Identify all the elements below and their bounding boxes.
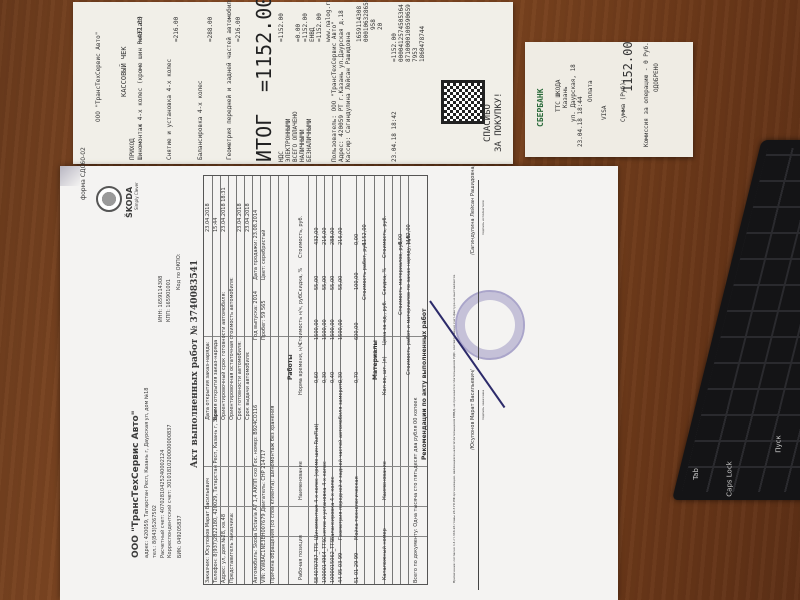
work-name-3: Балансировка 4-х колес [330,476,336,540]
materials-title: Материалы [372,340,379,380]
materials-header-price: Цена за ед., руб. [382,301,388,345]
payment-line-3: ВСЕГО ОПЛАЧЕНО [292,111,299,162]
payment-value-1: =1152.00 [278,13,285,42]
receipt-type: ПРИХОД [129,138,136,160]
materials-total-label: Стоимость материалов, руб. [398,240,404,315]
act-customer-phone: Телефон: 8(937)2822180, 420029, Татарста… [213,410,219,583]
order-field-label-2: Время открытия заказ-наряда [213,340,219,420]
receipt-seller: Пользователь: ООО "ТрансТехСервис Авто" [331,21,338,162]
materials-header-qty: Кол-во, шт. (л) [382,356,388,395]
work-rate-5: 600,00 [354,323,360,341]
materials-total: 0,00 [398,234,404,245]
payment-value-4: ЕНВД [309,28,316,42]
fn-value-4: 7953 [412,48,419,62]
work-cost-1: 432,00 [314,228,320,246]
act-sale-date: Дата продажи: 23.08.2014 [253,210,259,280]
work-cost-5: 0,00 [354,234,360,245]
act-okpo: Код по ОКПО: [176,254,182,290]
act-vin: VIN: XW8AC1NE3EH007679 Двигатель: CHP 21… [261,450,267,583]
fiscal-receipt: ООО "ТрансТехСервис Авто" КАССОВЫЙ ЧЕК П… [73,2,513,164]
act-phone: тел.: 8(843)5267502 [152,505,158,558]
payment-line-2: ЭЛЕКТРОННЫМИ [285,119,292,162]
work-code-3: 1000015062_TTS [330,539,336,583]
receipt-datetime: 23.04.18 18:42 [391,111,398,162]
act-vehicle: Автомобиль: Skoda Octavia A7 1,4 АКПП ск… [253,405,259,583]
act-form: форма СД060-02 [80,147,87,200]
bank-card: VISA [601,106,608,120]
work-discount-2: 55,00 [322,276,328,290]
work-rate-1: 1600,00 [314,319,320,340]
receipt-address: Адрес: 420059 РТ г.Казань ул.Даурская д.… [338,10,345,162]
receipt-item-3: Балансировка 4-х колес [197,81,204,160]
work-norm-2: 0,30 [322,372,328,383]
key-start: Пуск [775,435,783,452]
key-tab: Tab [692,468,700,480]
key-caps-lock: Caps Lock [726,461,734,496]
act-year: Год выпуска: 2014 [253,291,259,340]
fn-value-5: 1860478744 [419,26,426,62]
receipt-thanks-1: СПАСИБО [483,104,493,142]
work-cost-2: 216,00 [322,228,328,246]
payment-line-1: НДС [278,151,285,162]
act-brand-sub: Simply Clever [134,182,139,210]
grand-total-label: Стоимость работ и материалов по заказ-на… [406,233,412,375]
works-header-cost: Стоимость, руб. [298,216,304,258]
fn-value-1: =1152.00 [391,33,398,62]
works-total: 1152,00 [362,224,368,245]
work-norm-5: 0,70 [354,372,360,383]
act-account: Расчетный счет: 40702810425240002124 [160,450,166,558]
payment-value-3: =1152.00 [302,13,309,42]
payment-line-4: НАЛИЧНЫМИ [299,129,306,162]
bank-status: ОДОБРЕНО [653,63,660,92]
materials-header-cost: Стоимость, руб. [382,216,388,258]
total-in-words: Всего по документу: Одна тысяча сто пять… [413,397,419,583]
act-mileage: Пробег: 59 565 [261,300,267,340]
order-field-label-5: Срок готовности автомобиля: [237,341,243,420]
work-name-4: Геометрия передней и задней частей автом… [338,380,344,540]
receipt-item-3-total: =288.00 [207,17,214,42]
work-code-5: 51 01 29 99 [354,553,360,583]
works-header-name: Наименование [298,461,304,500]
receipt-shift: 958 [370,19,377,30]
receipt-item-4: Геометрия передней и задней частей автом… [226,0,233,160]
materials-header-code: Каталожный номер [382,528,388,580]
work-cost-4: 216,00 [338,228,344,246]
work-rate-3: 1600,00 [330,319,336,340]
signature-line-company [478,180,479,360]
act-corr-account: Корреспондентский счет: 3010181020000000… [167,424,173,558]
act-bik: БИК: 049205837 [177,515,183,558]
act-customer-address: Адрес: ул, дом №28, кв.48 [221,514,227,583]
bank-merchant: ТТС ШКОДА [555,79,562,112]
receipt-inn: 1659114308 [356,6,363,42]
works-total-label: Стоимость работ, руб. [362,241,368,300]
paper-fold-shadow [60,166,80,186]
works-title: Работы [287,354,294,380]
bank-receipt: СБЕРБАНК ТТС ШКОДА Казань ул. Даурская, … [525,42,693,157]
order-field-value-5: 23.04.2018 [237,203,243,232]
qr-code [441,80,485,124]
receipt-company: ООО "ТрансТехСервис Авто" [95,32,102,122]
works-header-rate: Стоимость н/ч, руб. [298,293,304,345]
order-field-label-6: Срок выдачи автомобиля: [245,351,251,420]
signer-customer-caption: подпись заказчика [481,390,485,420]
act-kpp: КПП: 165901001 [166,279,172,322]
act-reason: Причина обращения (со слов клиента): шин… [270,406,276,583]
receipt-cashier: Кассир: Сагиндулина Лейсан Рашидовна [345,32,352,162]
work-cost-3: 288,00 [330,228,336,246]
fn-value-2: 0000412574505364 [398,4,405,62]
receipt-item-2: Снятие и установка 4-х колес [166,59,173,160]
receipt-item-4-total: =216.00 [235,17,242,42]
receipt-item-1-total: =432.00 [137,17,144,42]
receipt-check-no: 20 [377,23,384,30]
payment-value-2: =0.00 [295,24,302,42]
order-field-value-3: 23.04.2018 18:31 [221,187,227,232]
order-field-label-1: Дата открытия заказ-наряда: [205,342,211,420]
work-discount-5: 100,00 [354,273,360,291]
work-discount-1: 55,00 [314,276,320,290]
materials-header-name: Наименование [382,461,388,500]
signature-line-customer [478,390,479,590]
receipt-reg-number: 0001063286507391 [363,0,370,42]
order-field-label-4: Ориентировочная остаточная стоимость авт… [229,277,235,420]
bank-city: Казань [562,86,569,108]
receipt-title: КАССОВЫЙ ЧЕК [121,46,128,97]
work-code-4: 44 95 03 99 [338,553,344,583]
act-company: ООО "ТрансТехСервис Авто" [131,411,141,558]
work-norm-1: 0,60 [314,372,320,383]
work-rate-2: 1600,00 [322,319,328,340]
bank-datetime: 23.04.18 18:44 [577,96,584,147]
skoda-logo-icon [96,186,122,212]
work-name-2: Снятие и установка 4-х колес [322,461,328,540]
work-norm-4: 0,30 [338,372,344,383]
bank-operation: Оплата [587,80,594,102]
signer-customer: /Юсупонов Марат Васильевич/ [470,369,476,450]
work-code-2: 1000014964_TTS [322,539,328,583]
bank-commission: Комиссия за операцию - 0 Руб. [643,42,650,147]
order-field-value-1: 23.04.2018 [205,203,211,232]
act-inn: ИНН: 1659114308 [158,276,164,322]
act-representative: Представитель заказчика: [229,512,235,583]
works-header-norm: Норма времени, н/ч [298,343,304,395]
work-rate-4: 1600,00 [338,319,344,340]
bank-name: СБЕРБАНК [537,88,544,127]
order-field-value-6: 23.04.2018 [245,203,251,232]
work-name-5: Мойка технологическая [354,476,360,540]
act-customer: Заказчик: Юсупонов Марат Васильевич [205,478,211,583]
fn-value-3: 8710000100590659 [405,4,412,62]
order-field-value-2: 15:44 [213,218,219,232]
act-title: Акт выполненных работ № 3740083541 [190,260,200,468]
receipt-item-2-total: =216.00 [173,17,180,42]
work-code-1: 5Е4070787_TTS [314,543,320,583]
signer-company-caption: подпись исполнителя [481,200,485,235]
receipt-total: =1152.00 [253,0,275,92]
materials-header-discount: Скидка, % [382,268,388,295]
order-field-label-3: Ориентировочный срок готовности автомоби… [221,292,227,420]
act-brand: ŠKODA [125,187,134,218]
payment-value-5: =1152.00 [316,13,323,42]
grand-total: 1152,00 [406,224,412,245]
receipt-thanks-2: ЗА ПОКУПКУ! [494,92,504,152]
payment-line-5: БЕЗНАЛИЧНЫМИ [306,119,313,162]
work-norm-3: 0,40 [330,372,336,383]
bank-sum: 1152.00 [622,41,635,92]
work-discount-3: 55,00 [330,276,336,290]
receipt-total-label: ИТОГ [253,114,275,162]
works-header-code: Рабочая позиция [298,535,304,580]
act-color: Цвет: серебристый [261,229,267,280]
act-address: адрес: 420059, Татарстан Респ, Казань г,… [144,388,150,558]
bank-street: ул. Даурская, 18 [570,64,577,122]
signer-company: /Сагиндулина Лейсан Рашидовна/ [470,165,476,255]
work-name-1: Шиномонтаж 4-х колес (кроме шин RunFlat) [314,424,320,540]
works-header-discount: Скидка, % [298,268,304,295]
recommendations-title: Рекомендации по акту выполненных работ [421,309,428,460]
work-discount-4: 55,00 [338,276,344,290]
